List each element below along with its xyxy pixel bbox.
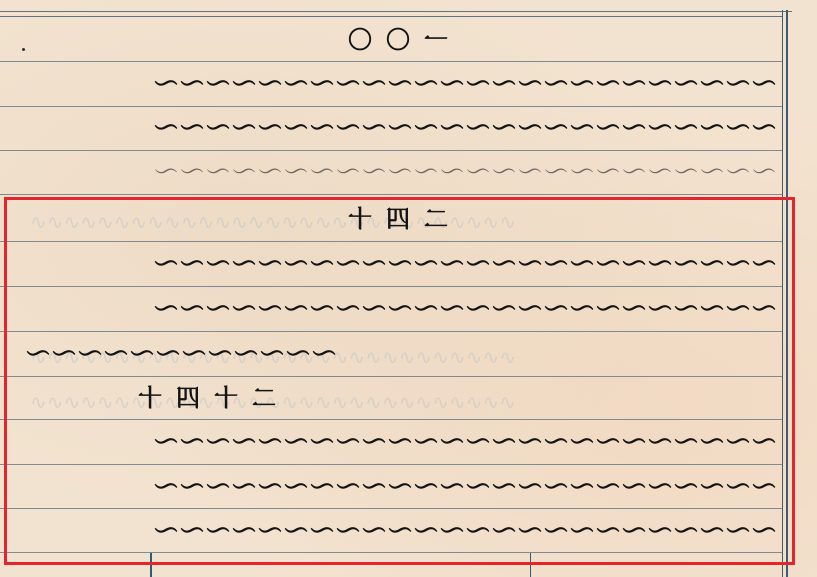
handwritten-line: 〜〜〜〜〜〜〜〜〜〜〜〜〜〜〜〜〜〜〜〜〜〜〜〜 (6, 108, 776, 148)
rule-line (0, 106, 782, 107)
handwritten-line: 〜〜〜〜〜〜〜〜〜〜〜〜〜〜〜〜〜〜〜〜〜〜〜〜 (6, 64, 776, 104)
handwritten-line: 〜〜〜〜〜〜〜〜〜〜〜〜〜〜〜〜〜〜〜〜〜〜〜〜 (6, 152, 776, 192)
rule-line (0, 61, 782, 62)
top-border-inner (0, 16, 782, 17)
handwritten-heading: 一〇〇 (6, 20, 776, 60)
manuscript-page: ∿∿∿∿∿∿∿∿∿∿∿∿∿∿∿∿∿∿∿∿∿∿∿∿∿∿∿∿∿ ∿∿∿∿∿∿∿∿∿∿… (0, 0, 817, 577)
top-border-outer (0, 11, 792, 12)
rule-line (0, 150, 782, 151)
rule-line (0, 194, 782, 195)
highlight-box (4, 197, 795, 565)
